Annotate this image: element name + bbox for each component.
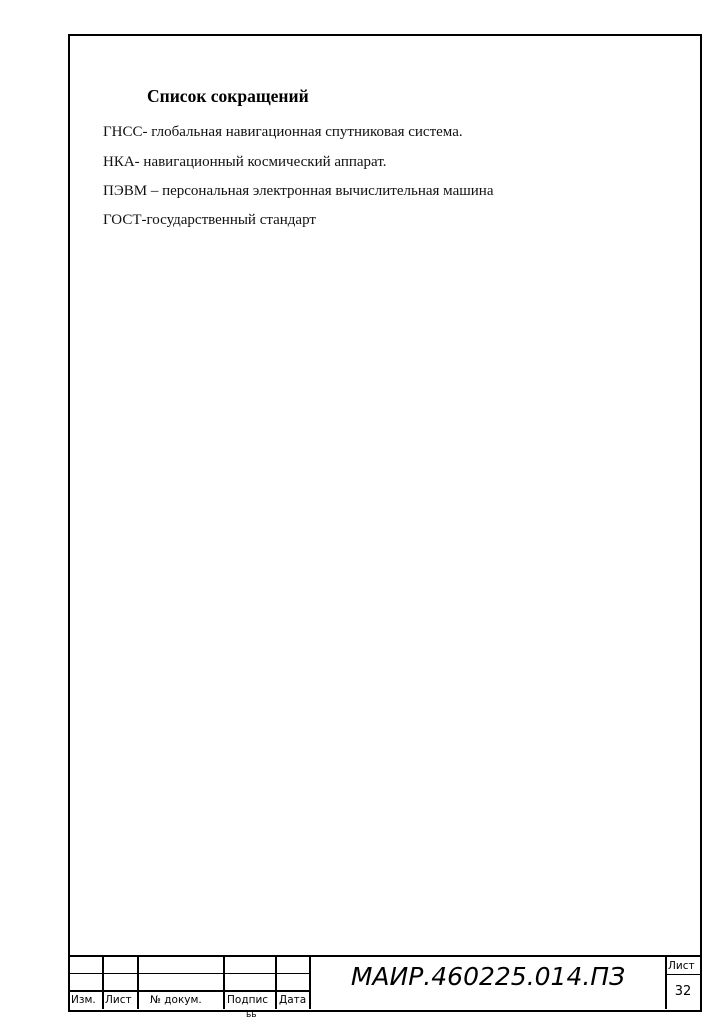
title-block-col-line <box>223 955 225 1009</box>
title-block-col-line <box>665 955 667 1009</box>
abbreviation-item: НКА- навигационный космический аппарат. <box>103 154 387 171</box>
title-block-col-line <box>275 955 277 1009</box>
column-label-date: Дата <box>279 995 306 1006</box>
title-block-col-line <box>309 955 311 1009</box>
document-code: МАИР.460225.014.ПЗ <box>312 962 664 992</box>
title-block-col-line <box>137 955 139 1009</box>
title-block-row-line <box>68 973 310 974</box>
page-frame <box>68 34 702 1012</box>
sheet-number: 32 <box>667 984 699 999</box>
sheet-label: Лист <box>668 961 695 972</box>
abbreviation-item: ГОСТ-государственный стандарт <box>103 212 316 229</box>
title-block-col-line <box>102 955 104 1009</box>
column-label-sheet: Лист <box>105 995 132 1006</box>
sheet-cell-divider <box>665 974 700 975</box>
column-label-doc-number: № докум. <box>150 995 202 1006</box>
title-block-row-line <box>68 990 310 992</box>
abbreviation-item: ГНСС- глобальная навигационная спутников… <box>103 124 463 141</box>
abbreviation-item: ПЭВМ – персональная электронная вычислит… <box>103 183 493 200</box>
section-heading: Список сокращений <box>147 86 309 107</box>
column-label-signature: Подпис <box>227 995 268 1006</box>
signature-overflow-text: ьь <box>246 1011 257 1020</box>
column-label-revision: Изм. <box>71 995 96 1006</box>
title-block-top-border <box>68 955 700 957</box>
